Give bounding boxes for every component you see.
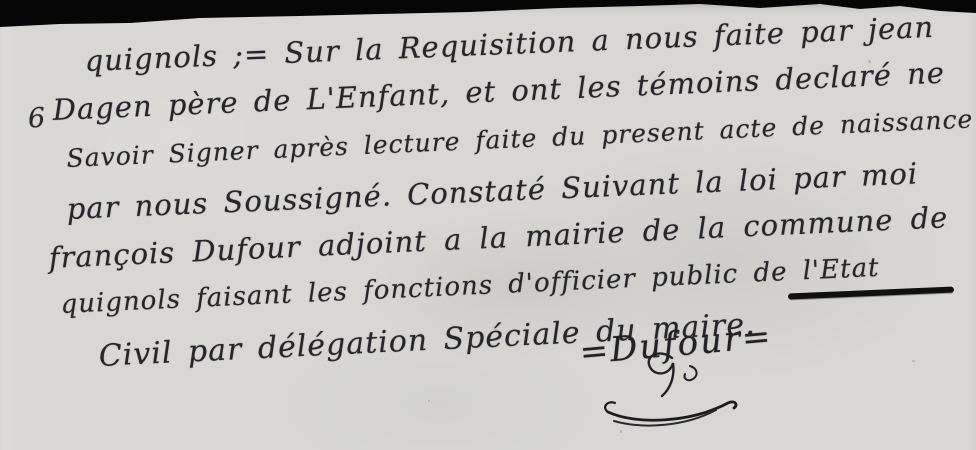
margin-act-number: 6 [27,102,46,134]
paper-speck [620,430,622,433]
paper-sheet: quignols ;= Sur la Requisition a nous fa… [0,0,976,450]
signature-paraph [590,352,780,430]
paper-speck [428,400,430,402]
ink-dash [788,287,954,300]
paper-speck [868,60,871,63]
scan-frame: quignols ;= Sur la Requisition a nous fa… [0,0,976,450]
paper-speck [912,360,915,362]
